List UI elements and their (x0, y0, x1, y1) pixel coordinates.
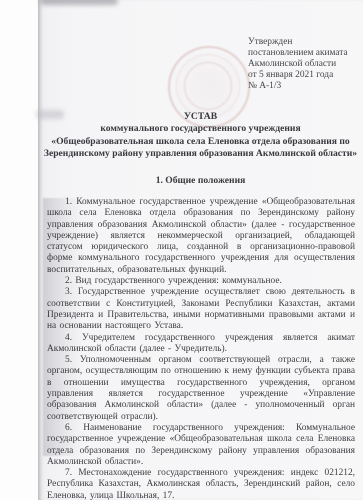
paragraph-1: 1. Коммунальное государственное учрежден… (47, 197, 355, 276)
paragraph-7: 7. Местонахождение государственного учре… (47, 468, 355, 500)
document-body: 1. Коммунальное государственное учрежден… (47, 197, 355, 500)
paragraph-2: 2. Вид государственного учреждения: комм… (47, 276, 355, 287)
scan-smudge-top-left (40, 0, 118, 5)
title-line-ustav: УСТАВ (38, 111, 363, 123)
approval-line: постановлением акимата (248, 48, 348, 59)
document-title: УСТАВ коммунального государственного учр… (38, 111, 363, 160)
approval-line: от 5 января 2021 года (248, 70, 348, 81)
round-seal-inner-ring (184, 62, 232, 110)
title-line: коммунального государственного учреждени… (38, 123, 363, 135)
paragraph-6: 6. Наименование государственного учрежде… (47, 423, 355, 468)
title-line: «Общеобразовательная школа села Еленовка… (38, 136, 363, 148)
document-page: Утвержден постановлением акимата Акмолин… (38, 0, 363, 500)
approval-line: № А-1/3 (248, 81, 348, 92)
approval-line: Утвержден (248, 37, 348, 48)
paragraph-5: 5. Уполномоченным органом соответствующе… (47, 355, 355, 423)
approval-line: Акмолинской области (248, 59, 348, 70)
approval-block: Утвержден постановлением акимата Акмолин… (248, 37, 348, 92)
paragraph-4: 4. Учредителем государственного учрежден… (47, 333, 355, 356)
scanned-document-canvas: Утвержден постановлением акимата Акмолин… (0, 0, 363, 500)
title-line: Зерендинскому району управления образова… (38, 148, 363, 160)
section-heading: 1. Общие положения (38, 175, 363, 186)
paragraph-3: 3. Государственное учреждение осуществля… (47, 287, 355, 332)
